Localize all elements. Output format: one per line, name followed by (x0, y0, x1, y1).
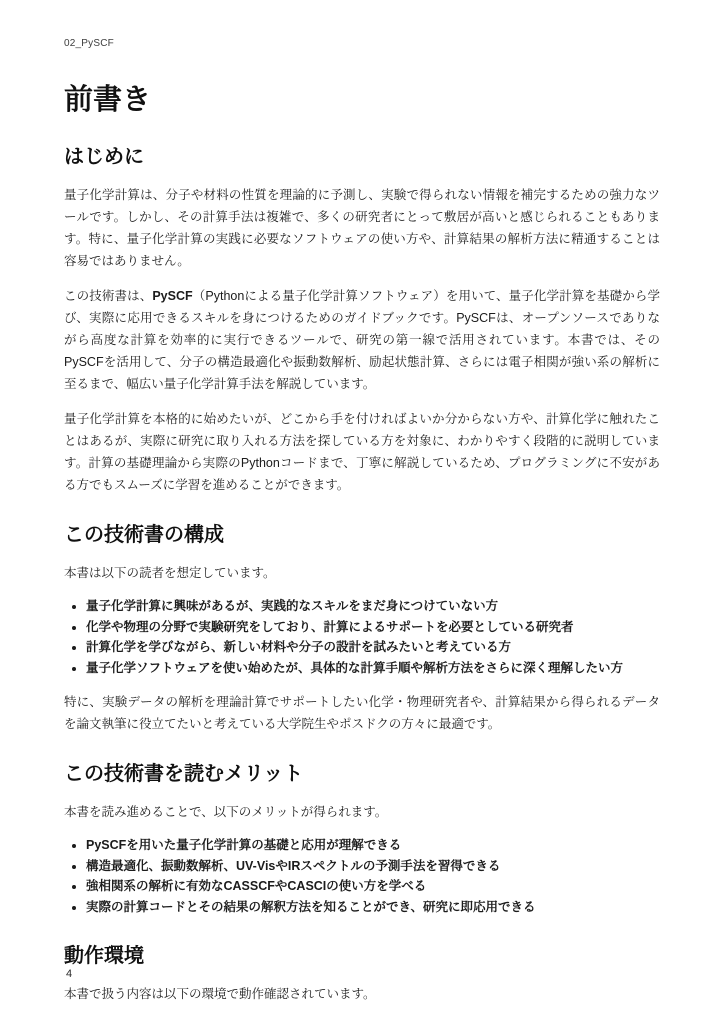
running-header: 02_PySCF (64, 38, 660, 49)
section-merits: この技術書を読むメリット 本書を読み進めることで、以下のメリットが得られます。 … (64, 760, 660, 917)
list-item: 強相関系の解析に有効なCASSCFやCASCIの使い方を学べる (86, 876, 660, 897)
structure-lead: 本書は以下の読者を想定しています。 (64, 562, 660, 584)
structure-closing: 特に、実験データの解析を理論計算でサポートしたい化学・物理研究者や、計算結果から… (64, 691, 660, 735)
intro-heading: はじめに (64, 143, 660, 171)
merits-lead: 本書を読み進めることで、以下のメリットが得られます。 (64, 801, 660, 823)
section-environment: 動作環境 本書で扱う内容は以下の環境で動作確認されています。 (64, 942, 660, 1005)
list-item: 化学や物理の分野で実験研究をしており、計算によるサポートを必要としている研究者 (86, 617, 660, 638)
list-item: 計算化学を学びながら、新しい材料や分子の設計を試みたいと考えている方 (86, 637, 660, 658)
section-intro: はじめに 量子化学計算は、分子や材料の性質を理論的に予測し、実験で得られない情報… (64, 143, 660, 496)
intro-paragraph-3: 量子化学計算を本格的に始めたいが、どこから手を付ければよいか分からない方や、計算… (64, 408, 660, 496)
list-item: 構造最適化、振動数解析、UV-VisやIRスペクトルの予測手法を習得できる (86, 856, 660, 877)
intro-paragraph-2-prefix: この技術書は、 (64, 289, 152, 303)
environment-lead: 本書で扱う内容は以下の環境で動作確認されています。 (64, 983, 660, 1005)
pyscf-bold-term: PySCF (152, 289, 192, 303)
list-item: 量子化学ソフトウェアを使い始めたが、具体的な計算手順や解析方法をさらに深く理解し… (86, 658, 660, 679)
list-item: PySCFを用いた量子化学計算の基礎と応用が理解できる (86, 835, 660, 856)
merits-heading: この技術書を読むメリット (64, 760, 660, 788)
document-page: 02_PySCF 前書き はじめに 量子化学計算は、分子や材料の性質を理論的に予… (0, 0, 724, 1024)
list-item: 実際の計算コードとその結果の解釈方法を知ることができ、研究に即応用できる (86, 897, 660, 918)
target-readers-list: 量子化学計算に興味があるが、実践的なスキルをまだ身につけていない方 化学や物理の… (64, 596, 660, 678)
section-structure: この技術書の構成 本書は以下の読者を想定しています。 量子化学計算に興味があるが… (64, 521, 660, 735)
intro-paragraph-1: 量子化学計算は、分子や材料の性質を理論的に予測し、実験で得られない情報を補完する… (64, 184, 660, 272)
structure-heading: この技術書の構成 (64, 521, 660, 549)
intro-paragraph-2-rest: （Pythonによる量子化学計算ソフトウェア）を用いて、量子化学計算を基礎から学… (64, 289, 660, 391)
list-item: 量子化学計算に興味があるが、実践的なスキルをまだ身につけていない方 (86, 596, 660, 617)
environment-heading: 動作環境 (64, 942, 660, 970)
merits-list: PySCFを用いた量子化学計算の基礎と応用が理解できる 構造最適化、振動数解析、… (64, 835, 660, 917)
page-title: 前書き (64, 82, 660, 118)
intro-paragraph-2: この技術書は、PySCF（Pythonによる量子化学計算ソフトウェア）を用いて、… (64, 285, 660, 395)
page-number: 4 (66, 968, 72, 980)
